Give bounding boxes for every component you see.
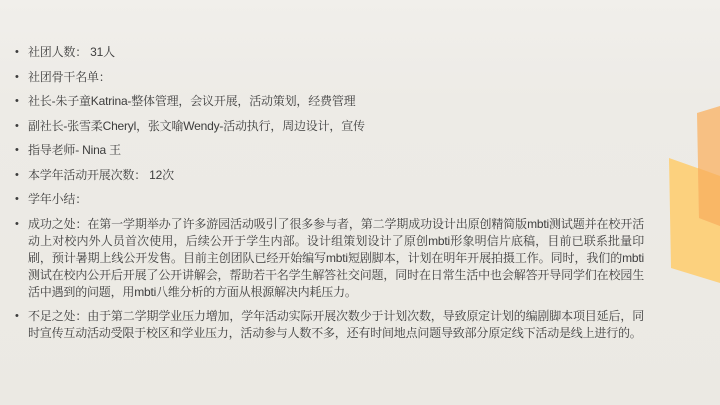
parallelogram-dark-icon	[697, 106, 720, 226]
bullet-marker: •	[15, 93, 19, 110]
bullet-text: 社长-朱子童Katrina-整体管理，会议开展，活动策划，经费管理	[28, 94, 355, 108]
bullet-item-cadre-list-heading: • 社团骨干名单：	[14, 69, 644, 86]
parallelogram-overlap-icon	[698, 168, 720, 226]
slide-canvas: • 社团人数： 31人 • 社团骨干名单： • 社长-朱子童Katrina-整体…	[0, 0, 720, 405]
bullet-marker: •	[15, 308, 19, 325]
bullet-text: 学年小结：	[28, 192, 87, 206]
bullet-marker: •	[15, 216, 19, 233]
bullet-item-advisor: • 指导老师- Nina 王	[14, 142, 644, 159]
bullet-text: 社团骨干名单：	[28, 70, 111, 84]
bullet-text: 指导老师- Nina 王	[28, 143, 121, 157]
bullet-marker: •	[15, 142, 19, 159]
bullet-text: 成功之处：在第一学期举办了许多游园活动吸引了很多参与者，第二学期成功设计出原创精…	[28, 217, 644, 299]
bullet-list: • 社团人数： 31人 • 社团骨干名单： • 社长-朱子童Katrina-整体…	[14, 44, 644, 350]
bullet-item-activity-count: • 本学年活动开展次数： 12次	[14, 167, 644, 184]
bullet-item-shortcomings-summary: • 不足之处：由于第二学期学业压力增加，学年活动实际开展次数少于计划次数，导致原…	[14, 308, 644, 342]
bullet-marker: •	[15, 167, 19, 184]
bullet-marker: •	[15, 44, 19, 61]
bullet-item-president: • 社长-朱子童Katrina-整体管理，会议开展，活动策划，经费管理	[14, 93, 644, 110]
bullet-marker: •	[15, 69, 19, 86]
bullet-text: 本学年活动开展次数： 12次	[28, 168, 174, 182]
bullet-item-success-summary: • 成功之处：在第一学期举办了许多游园活动吸引了很多参与者，第二学期成功设计出原…	[14, 216, 644, 301]
bullet-text: 副社长-张雪柔Cheryl，张文喻Wendy-活动执行，周边设计，宣传	[28, 119, 365, 133]
bullet-marker: •	[15, 118, 19, 135]
bullet-text: 不足之处：由于第二学期学业压力增加，学年活动实际开展次数少于计划次数，导致原定计…	[28, 309, 644, 340]
bullet-item-member-count: • 社团人数： 31人	[14, 44, 644, 61]
bullet-item-vice-presidents: • 副社长-张雪柔Cheryl，张文喻Wendy-活动执行，周边设计，宣传	[14, 118, 644, 135]
bullet-text: 社团人数： 31人	[28, 45, 115, 59]
parallelogram-light-icon	[669, 158, 720, 283]
bullet-item-year-summary-heading: • 学年小结：	[14, 191, 644, 208]
bullet-marker: •	[15, 191, 19, 208]
